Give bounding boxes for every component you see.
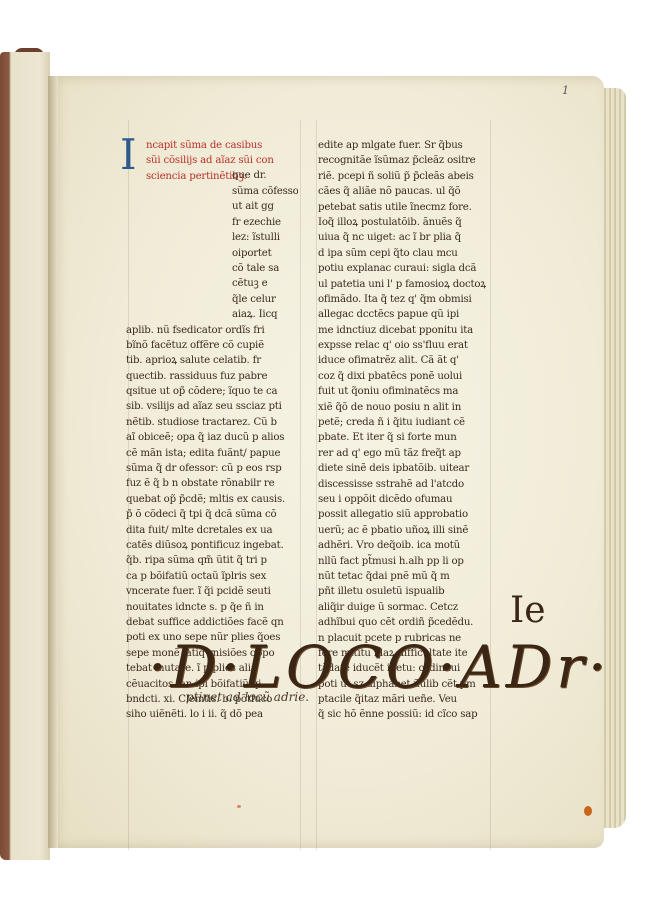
text-line: cães q̃ aliãe nõ paucas. ul q̃õ xyxy=(318,184,490,199)
text-line: debat suffice addictiões facẽ qn xyxy=(126,615,298,630)
text-line: aplib. nũ fsedicator ordĩs fri xyxy=(126,323,298,338)
text-line: que dr. xyxy=(232,168,266,183)
text-line: quectib. rassiduus fuz pabre xyxy=(126,369,298,384)
text-line: d ipa sũm cepi q̃to clau mcu xyxy=(318,246,490,261)
text-line: ul patetia uni l' p famosioꝝ doctoꝝ xyxy=(318,277,490,292)
text-line: cẽ mãn ista; edita fuãnt/ papue xyxy=(126,446,298,461)
page-gutter xyxy=(48,76,58,848)
text-line: pñt illetu osuletũ ispualib xyxy=(318,584,490,599)
text-line: allegac dcctẽcs papue qũ ipi xyxy=(318,307,490,322)
rubric-line: sũi cõsilijs ad aĩaz sũi con xyxy=(146,153,274,168)
text-line: petebat satis utile ĩnecmz fore. xyxy=(318,200,490,215)
text-line: fr ezechie xyxy=(126,215,298,230)
text-line: potiu explanac curaui: sigla dcã xyxy=(318,261,490,276)
text-line: nẽtib. studiose tractarez. Cũ b xyxy=(126,415,298,430)
text-line: quebat op̃ p̃cdẽ; mltis ex causis. xyxy=(126,492,298,507)
text-line: ofimãdo. Ita q̃ tez q' q̃m obmisi xyxy=(318,292,490,307)
text-line: bĩnõ facẽtuz offẽre cõ cupiẽ xyxy=(126,338,298,353)
text-line: ut ait gg xyxy=(126,199,298,214)
text-line: oiportet xyxy=(126,246,298,261)
text-line: possit allegatio siũ approbatio xyxy=(318,507,490,522)
text-line: recognitãe ĩsũmaz p̃cleãz ositre xyxy=(318,153,490,168)
ruling-line xyxy=(300,120,301,850)
text-line: lez: ĩstulli xyxy=(126,230,298,245)
text-line: coz q̃ dixi pbatẽcs ponẽ uolui xyxy=(318,369,490,384)
text-line: nouitates idncte s. p q̃e ñ in xyxy=(126,600,298,615)
text-line: cẽtuꝫ e xyxy=(126,276,298,291)
stain-spot xyxy=(237,805,241,808)
text-line: expsse relac q' oio ss'fluu erat xyxy=(318,338,490,353)
text-line: aĩ obiceẽ; opa q̃ iaz ducũ p alios xyxy=(126,430,298,445)
text-line: cõ tale sa xyxy=(126,261,298,276)
text-line: fuit ut q̃oniu ofiminatẽcs ma xyxy=(318,384,490,399)
rubric-line: ncapit sũma de casibus xyxy=(146,138,274,153)
text-line: diete sinẽ deis ipbatõib. uitear xyxy=(318,461,490,476)
text-line: uiua q̃ nc uiget: ac ĩ br plia q̃ xyxy=(318,230,490,245)
text-line: aliq̃ir duige ũ sormac. Cetcz xyxy=(318,600,490,615)
display-heading-superscript: Ie xyxy=(510,590,546,631)
text-line: fuz ẽ q̃ b n obstate rõnabilr re xyxy=(126,476,298,491)
text-line: edite ap mlgate fuer. Sr q̃bus xyxy=(318,138,490,153)
text-line: q̃b. ripa sũma qm̃ ũtit q̃ tri p xyxy=(126,553,298,568)
text-line: p̃ õ cõdeci q̃ tpi q̃ dcã sũma cõ xyxy=(126,507,298,522)
text-line: dita fuit/ mlte dcretales ex ua xyxy=(126,523,298,538)
text-line: ca p bõifatiũ octaũ ĩplris sex xyxy=(126,569,298,584)
text-line: q̃ sic hõ ẽnne possiũ: id cĩco sap xyxy=(318,707,490,722)
left-page-binding xyxy=(0,52,50,860)
text-line: sũma cõfessoꝝ. Vomaz xyxy=(126,184,298,199)
text-line: rer ad q' ego mũ tãz freq̃t ap xyxy=(318,446,490,461)
text-line: adhẽri. Vro deq̃oib. ica motũ xyxy=(318,538,490,553)
text-line: aiaꝝ. Iicq xyxy=(126,307,298,322)
ruling-line xyxy=(316,120,317,850)
marginal-gloss: ptinet ad locũ adrie. xyxy=(186,690,309,704)
text-line: me idnctiuz dicebat pponitu ita xyxy=(318,323,490,338)
text-line: riẽ. pcepi ñ soliũ p̃ p̃cleãs abeis xyxy=(318,169,490,184)
text-line: sib. vsilijs ad aĩaz seu ssciaz pti xyxy=(126,399,298,414)
text-line: qsitue ut op̃ cõdere; ĩquo te ca xyxy=(126,384,298,399)
text-line: uerũ; ac ẽ pbatio uñoꝝ illi sinẽ xyxy=(318,523,490,538)
text-line: tib. aprioꝝ salute celatib. fr xyxy=(126,353,298,368)
folio-number: 1 xyxy=(562,84,569,97)
ruling-line xyxy=(490,120,491,850)
text-line: nllũ fact pt̃musi h.alh pp li op xyxy=(318,554,490,569)
text-line: vncerate fuer. ĩ q̃i pcidẽ seuti xyxy=(126,584,298,599)
text-line: sũma q̃ dr ofessor: cũ p eos rsp xyxy=(126,461,298,476)
stain-spot xyxy=(584,806,592,816)
text-line: Ioq̃ illoꝝ postulatõib. ãnuẽs q̃ xyxy=(318,215,490,230)
text-line: xiẽ q̃õ de nouo posiu n alit in xyxy=(318,400,490,415)
text-line: petẽ; creda ñ i q̃itu iudiant cẽ xyxy=(318,415,490,430)
text-line: nũt tetac q̃dai pnẽ mũ q̃ m xyxy=(318,569,490,584)
text-line: catẽs diũsoꝝ pontificuz ingebat. xyxy=(126,538,298,553)
text-line: discessisse sstrahẽ ad l'atcdo xyxy=(318,477,490,492)
text-line: adhĩbui quo cẽt ordiñ p̃cedẽdu. xyxy=(318,615,490,630)
decorated-initial: I xyxy=(120,134,137,176)
text-line: iduce ofimatrẽz alit. Cã ãt q' xyxy=(318,353,490,368)
text-line: pbate. Et iter q̃ si forte mun xyxy=(318,430,490,445)
text-line: q̃le celur xyxy=(126,292,298,307)
text-line: seu i oppõit dicẽdo ofumau xyxy=(318,492,490,507)
text-line: siho uiẽnẽti. lo i ii. q̃ dõ pea xyxy=(126,707,298,722)
